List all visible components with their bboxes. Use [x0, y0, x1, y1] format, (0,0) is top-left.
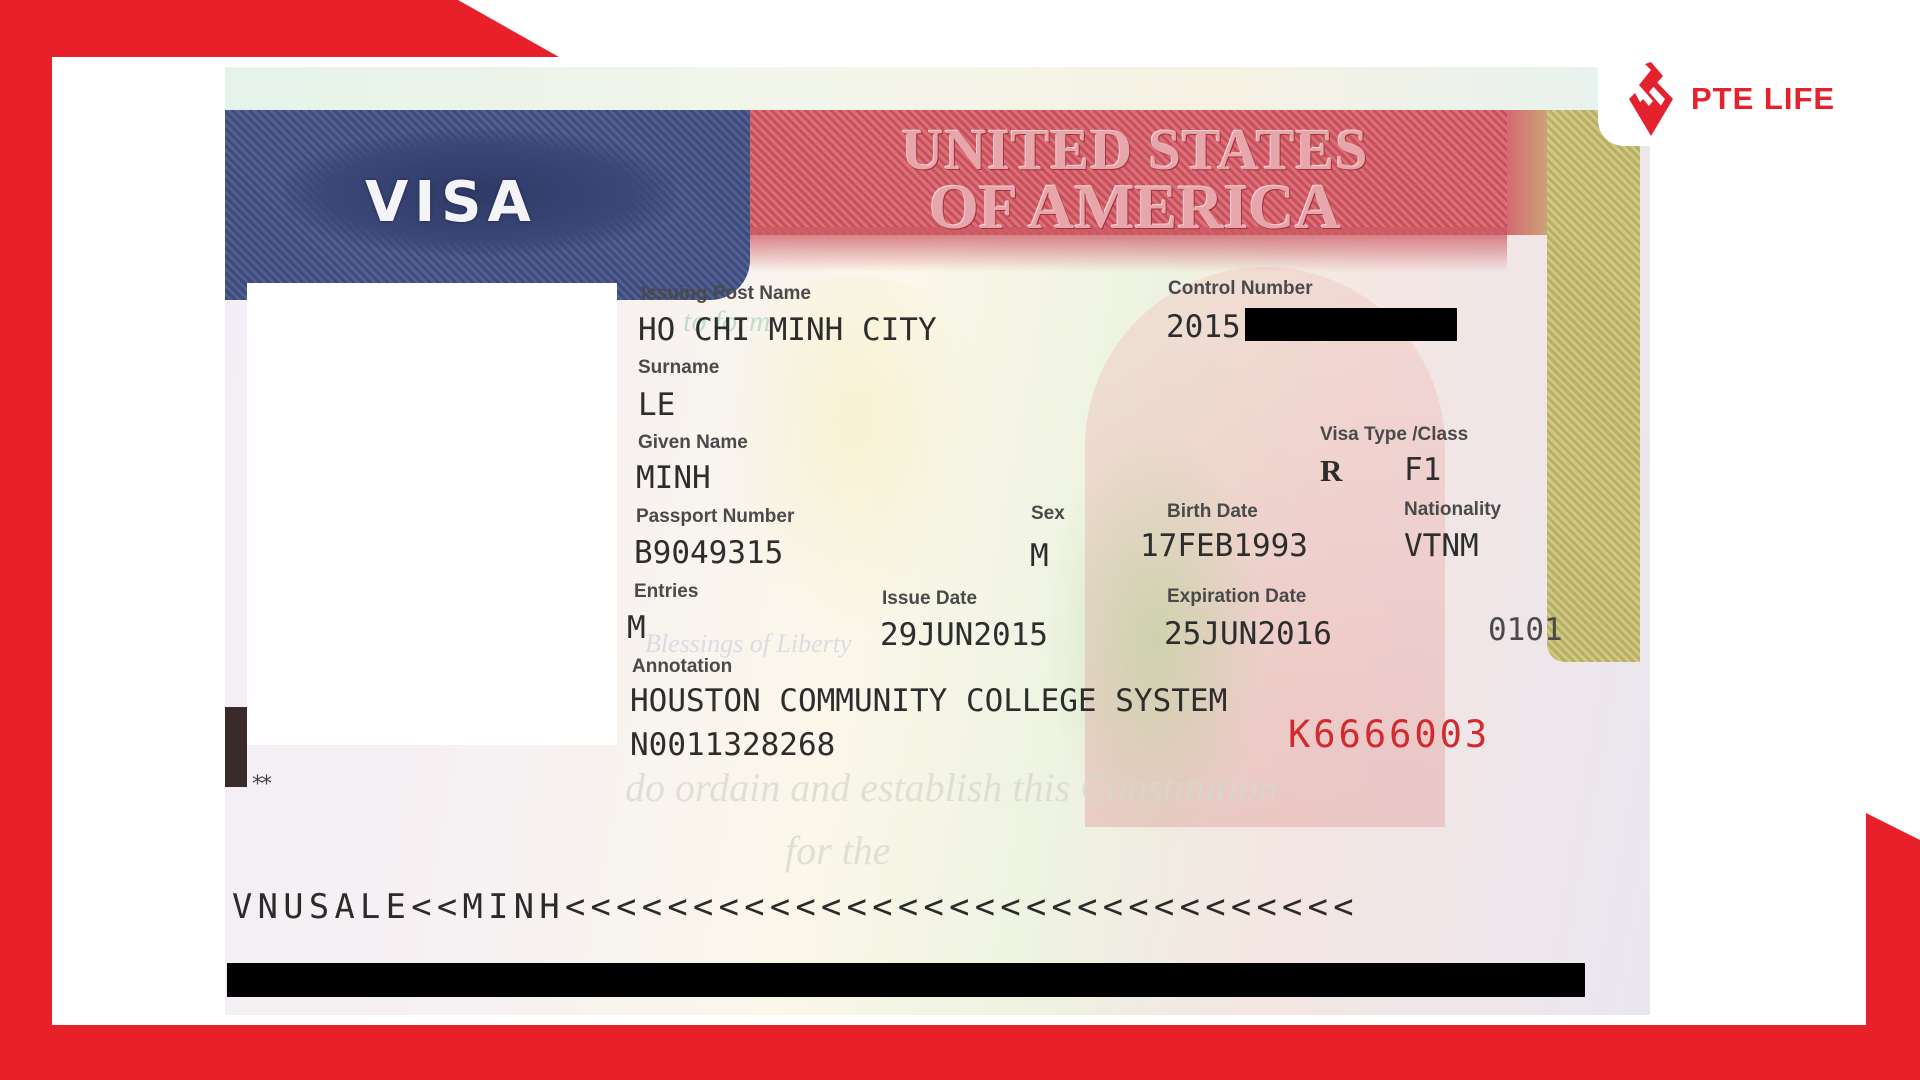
- mrz-line-2-redaction: [227, 963, 1585, 997]
- visa-blue-band: VISA: [225, 110, 750, 300]
- expiration-date-value: 25JUN2016: [1164, 616, 1332, 652]
- foil-number: K6666003: [1288, 713, 1490, 756]
- passport-number-value: B9049315: [634, 535, 783, 571]
- visa-top-strip: [225, 67, 1650, 112]
- visa-header-word: VISA: [365, 170, 537, 235]
- control-number-value: 2015: [1166, 309, 1241, 345]
- surname-value: LE: [638, 387, 675, 423]
- issue-date-label: Issue Date: [882, 588, 977, 610]
- visa-type-value: R: [1320, 453, 1342, 489]
- photo-edge: [225, 707, 247, 787]
- birth-date-value: 17FEB1993: [1140, 528, 1308, 564]
- visa-document: VISA UNITED STATES OF AMERICA to form Bl…: [225, 67, 1650, 1015]
- issue-date-value: 29JUN2015: [880, 617, 1048, 653]
- control-number-redaction: [1245, 308, 1457, 341]
- entries-label: Entries: [634, 581, 698, 603]
- control-number-label: Control Number: [1168, 278, 1313, 300]
- given-name-label: Given Name: [638, 432, 748, 454]
- pte-life-diamond-logo-icon: [1625, 62, 1677, 136]
- brand-name: PTE LIFE: [1691, 81, 1835, 117]
- extra-code-value: 0101: [1488, 612, 1563, 648]
- country-title: UNITED STATES OF AMERICA: [785, 122, 1485, 238]
- given-name-value: MINH: [636, 460, 711, 496]
- issuing-post-value: HO CHI MINH CITY: [638, 312, 937, 348]
- birth-date-label: Birth Date: [1167, 501, 1258, 523]
- expiration-date-label: Expiration Date: [1167, 586, 1306, 608]
- country-title-line1: UNITED STATES: [785, 122, 1485, 177]
- marker-stars: **: [252, 772, 270, 797]
- visa-class-value: F1: [1404, 452, 1441, 488]
- passport-number-label: Passport Number: [636, 506, 794, 528]
- sex-label: Sex: [1031, 503, 1065, 525]
- entries-value: M: [627, 610, 646, 646]
- issuing-post-label: Issuing Post Name: [641, 283, 811, 305]
- surname-label: Surname: [638, 357, 719, 379]
- nationality-label: Nationality: [1404, 499, 1501, 521]
- sex-value: M: [1030, 538, 1049, 574]
- brand-logo[interactable]: PTE LIFE: [1625, 62, 1835, 136]
- watermark-constitution: do ordain and establish this Constitutio…: [625, 764, 1278, 811]
- annotation-label: Annotation: [632, 656, 732, 678]
- mrz-line-1: VNUSALE<<MINH<<<<<<<<<<<<<<<<<<<<<<<<<<<…: [232, 887, 1359, 927]
- annotation-line1: HOUSTON COMMUNITY COLLEGE SYSTEM: [630, 683, 1227, 719]
- watermark-blessings: Blessings of Liberty: [645, 629, 852, 659]
- nationality-value: VTNM: [1404, 528, 1479, 564]
- country-title-line2: OF AMERICA: [785, 177, 1485, 238]
- visa-olive-band: [1547, 110, 1640, 662]
- annotation-line2: N0011328268: [630, 727, 835, 763]
- watermark-for-the: for the: [785, 827, 891, 874]
- visa-type-class-label: Visa Type /Class: [1320, 424, 1468, 446]
- redacted-photo: [247, 283, 617, 745]
